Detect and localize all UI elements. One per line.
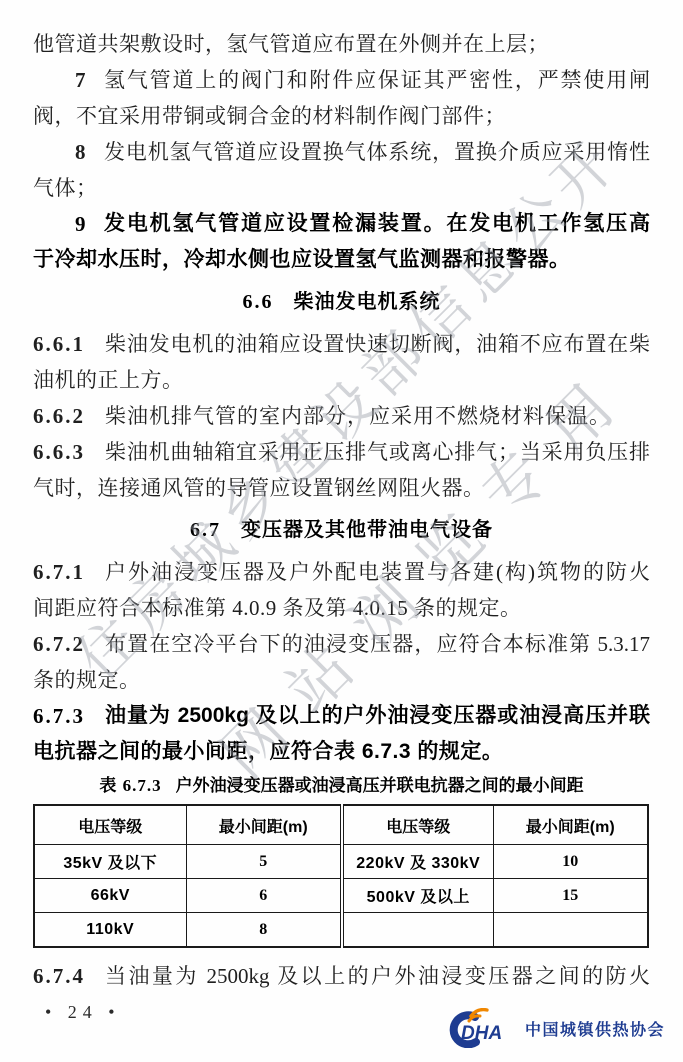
- clause-6-6-1-text: 柴油发电机的油箱应设置快速切断阀，油箱不应布置在柴: [105, 326, 650, 362]
- clause-6-7-1-line-1: 6.7.1 户外油浸变压器及户外配电装置与各建(构)筑物的防火: [33, 554, 650, 590]
- table-row: 110kV 8: [34, 913, 648, 948]
- item-7-text: 氢气管道上的阀门和附件应保证其严密性，严禁使用闸: [104, 62, 650, 98]
- cdha-logo-mark: DHA: [444, 1008, 520, 1048]
- clause-6-7-4-number: 6.7.4: [33, 958, 85, 994]
- clause-6-6-3-line-2: 气时，连接通风管的导管应设置钢丝网阻火器。: [33, 470, 650, 506]
- cell-distance: 8: [186, 913, 342, 948]
- section-6-6-number: 6.6: [243, 291, 274, 313]
- item-7-number: 7: [75, 62, 86, 98]
- clause-6-7-2-text: 布置在空冷平台下的油浸变压器，应符合本标准第 5.3.17: [105, 626, 650, 662]
- item-7-line-1: 7 氢气管道上的阀门和附件应保证其严密性，严禁使用闸: [33, 62, 650, 98]
- table-caption-title: 户外油浸变压器或油浸高压并联电抗器之间的最小间距: [176, 776, 584, 795]
- item-9-number: 9: [75, 206, 86, 242]
- cell-distance: 15: [493, 879, 648, 913]
- association-name: 中国城镇供热协会: [525, 1017, 665, 1040]
- clause-6-6-1-line-2: 油机的正上方。: [33, 362, 650, 398]
- logo-abbr: DHA: [461, 1023, 502, 1044]
- document-page: 住房城乡建设部信息公开 网站浏览专用 他管道共架敷设时，氢气管道应布置在外侧并在…: [0, 0, 683, 1062]
- clause-6-7-2-number: 6.7.2: [33, 626, 85, 662]
- section-6-7-title: 变压器及其他带油电气设备: [241, 519, 493, 541]
- clause-6-6-2-line-1: 6.6.2 柴油机排气管的室内部分，应采用不燃烧材料保温。: [33, 398, 650, 434]
- item-8-line-2: 气体；: [33, 170, 650, 206]
- clause-6-7-2-line-1: 6.7.2 布置在空冷平台下的油浸变压器，应符合本标准第 5.3.17: [33, 626, 650, 662]
- section-6-7-number: 6.7: [190, 519, 221, 541]
- item-7-line-2: 阀，不宜采用带铜或铜合金的材料制作阀门部件；: [33, 98, 650, 134]
- header-voltage-left: 电压等级: [34, 805, 186, 845]
- cell-voltage: 220kV 及 330kV: [342, 845, 493, 879]
- clause-6-6-3-line-1: 6.6.3 柴油机曲轴箱宜采用正压排气或离心排气；当采用负压排: [33, 434, 650, 470]
- clause-6-7-3-text: 油量为 2500kg 及以上的户外油浸变压器或油浸高压并联: [105, 698, 650, 734]
- cell-voltage: 66kV: [34, 879, 186, 913]
- header-distance-right: 最小间距(m): [493, 805, 648, 845]
- clause-6-7-1-line-2: 间距应符合本标准第 4.0.9 条及第 4.0.15 条的规定。: [33, 590, 650, 626]
- min-distance-table: 电压等级 最小间距(m) 电压等级 最小间距(m) 35kV 及以下 5 220…: [33, 804, 649, 948]
- section-6-6-title: 柴油发电机系统: [294, 291, 441, 313]
- item-9-text: 发电机氢气管道应设置检漏装置。在发电机工作氢压高: [104, 206, 650, 242]
- table-wrapper: 电压等级 最小间距(m) 电压等级 最小间距(m) 35kV 及以下 5 220…: [33, 804, 650, 948]
- item-8-line-1: 8 发电机氢气管道应设置换气体系统，置换介质应采用惰性: [33, 134, 650, 170]
- paragraph-continuation-line: 他管道共架敷设时，氢气管道应布置在外侧并在上层；: [33, 26, 650, 62]
- clause-6-6-2-number: 6.6.2: [33, 398, 85, 434]
- clause-6-6-1-number: 6.6.1: [33, 326, 85, 362]
- clause-6-7-3-number: 6.7.3: [33, 698, 85, 734]
- cell-voltage-empty: [342, 913, 493, 948]
- clause-6-6-3-text: 柴油机曲轴箱宜采用正压排气或离心排气；当采用负压排: [105, 434, 650, 470]
- clause-6-7-4-text: 当油量为 2500kg 及以上的户外油浸变压器之间的防火: [105, 958, 650, 994]
- clause-6-6-3-number: 6.6.3: [33, 434, 85, 470]
- header-voltage-right: 电压等级: [342, 805, 493, 845]
- section-6-7-heading: 6.7变压器及其他带油电气设备: [33, 516, 650, 544]
- clause-6-7-3-line-1: 6.7.3 油量为 2500kg 及以上的户外油浸变压器或油浸高压并联: [33, 698, 650, 734]
- cell-distance-empty: [493, 913, 648, 948]
- cell-distance: 6: [186, 879, 342, 913]
- cell-voltage: 110kV: [34, 913, 186, 948]
- section-6-6-heading: 6.6柴油发电机系统: [33, 288, 650, 316]
- cell-distance: 10: [493, 845, 648, 879]
- cell-voltage: 500kV 及以上: [342, 879, 493, 913]
- clause-6-7-4-line-1: 6.7.4 当油量为 2500kg 及以上的户外油浸变压器之间的防火: [33, 958, 650, 994]
- clause-6-7-3-line-2: 电抗器之间的最小间距，应符合表 6.7.3 的规定。: [33, 734, 650, 770]
- clause-6-6-2-text: 柴油机排气管的室内部分，应采用不燃烧材料保温。: [105, 398, 650, 434]
- clause-6-7-2-line-2: 条的规定。: [33, 662, 650, 698]
- header-distance-left: 最小间距(m): [186, 805, 342, 845]
- association-logo: DHA 中国城镇供热协会: [444, 1008, 665, 1048]
- clause-6-7-1-number: 6.7.1: [33, 554, 85, 590]
- clause-6-6-1-line-1: 6.6.1 柴油发电机的油箱应设置快速切断阀，油箱不应布置在柴: [33, 326, 650, 362]
- table-row: 35kV 及以下 5 220kV 及 330kV 10: [34, 845, 648, 879]
- table-header-row: 电压等级 最小间距(m) 电压等级 最小间距(m): [34, 805, 648, 845]
- cell-voltage: 35kV 及以下: [34, 845, 186, 879]
- cell-distance: 5: [186, 845, 342, 879]
- item-8-text: 发电机氢气管道应设置换气体系统，置换介质应采用惰性: [104, 134, 650, 170]
- clause-6-7-1-text: 户外油浸变压器及户外配电装置与各建(构)筑物的防火: [105, 554, 650, 590]
- table-caption: 表 6.7.3户外油浸变压器或油浸高压并联电抗器之间的最小间距: [33, 774, 650, 798]
- page-content: 他管道共架敷设时，氢气管道应布置在外侧并在上层； 7 氢气管道上的阀门和附件应保…: [0, 0, 683, 1023]
- item-9-line-2: 于冷却水压时，冷却水侧也应设置氢气监测器和报警器。: [33, 242, 650, 278]
- item-8-number: 8: [75, 134, 86, 170]
- item-9-line-1: 9 发电机氢气管道应设置检漏装置。在发电机工作氢压高: [33, 206, 650, 242]
- table-row: 66kV 6 500kV 及以上 15: [34, 879, 648, 913]
- table-caption-label: 表 6.7.3: [99, 776, 161, 795]
